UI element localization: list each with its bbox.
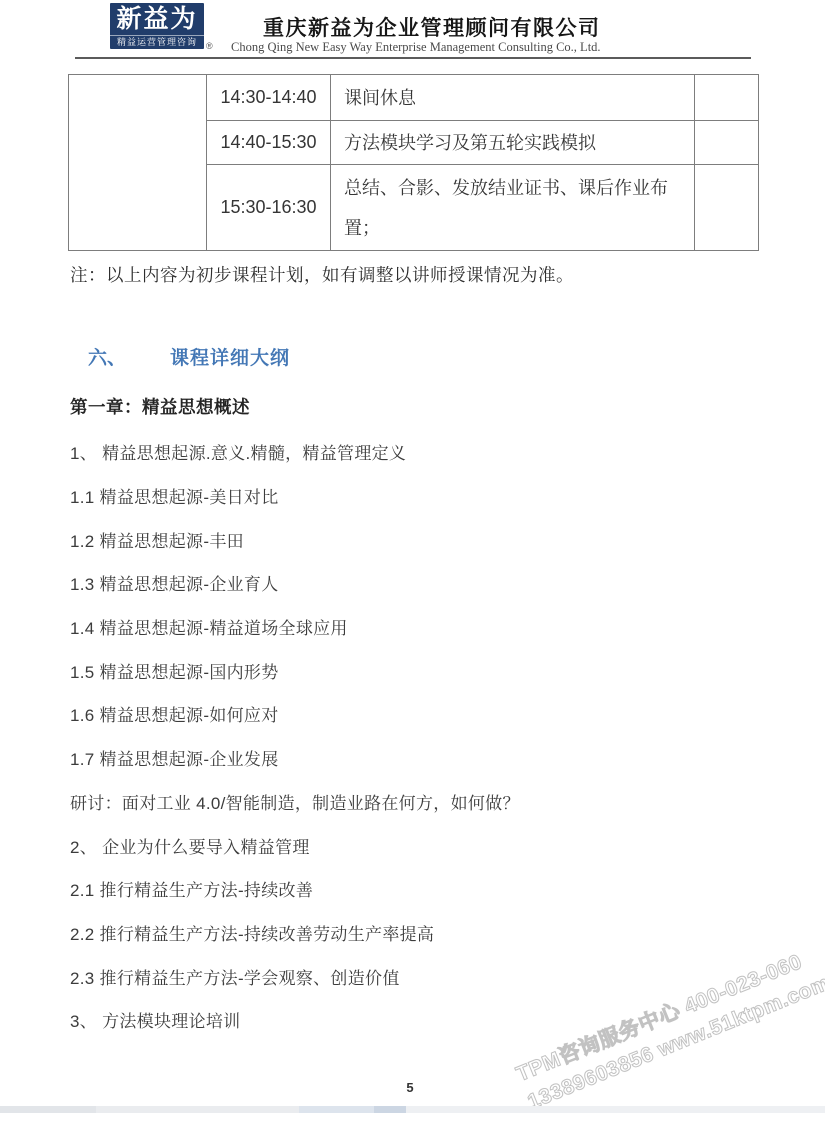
- horizontal-scrollbar-track[interactable]: [0, 1106, 825, 1113]
- schedule-content-cell: 总结、合影、发放结业证书、课后作业布置；: [331, 165, 695, 251]
- schedule-extra-cell-empty: [695, 121, 759, 165]
- registered-trademark-mark: ®: [206, 41, 213, 51]
- outline-item: 2.1 推行精益生产方法-持续改善: [70, 867, 730, 911]
- scrollbar-segment: [406, 1106, 825, 1113]
- schedule-time-cell: 15:30-16:30: [207, 165, 331, 251]
- schedule-note: 注：以上内容为初步课程计划，如有调整以讲师授课情况为准。: [70, 262, 574, 287]
- outline-item: 1.3 精益思想起源-企业育人: [70, 561, 730, 605]
- outline-item: 2、 企业为什么要导入精益管理: [70, 823, 730, 867]
- outline-item: 2.2 推行精益生产方法-持续改善劳动生产率提高: [70, 911, 730, 955]
- schedule-time-cell: 14:40-15:30: [207, 121, 331, 165]
- logo-sub-text: 精益运营管理咨询: [110, 35, 204, 49]
- outline-item: 2.3 推行精益生产方法-学会观察、创造价值: [70, 954, 730, 998]
- schedule-extra-cell-empty: [695, 75, 759, 121]
- section-title: 课程详细大纲: [170, 343, 290, 370]
- course-schedule-table: 14:30-14:40 课间休息 14:40-15:30 方法模块学习及第五轮实…: [68, 74, 759, 251]
- outline-item: 1.4 精益思想起源-精益道场全球应用: [70, 605, 730, 649]
- page-number: 5: [0, 1080, 820, 1095]
- logo-main-text: 新益为: [116, 3, 197, 35]
- schedule-content-cell: 方法模块学习及第五轮实践模拟: [331, 121, 695, 165]
- document-page: { "header": { "logo": { "main": "新益为", "…: [0, 0, 825, 1131]
- schedule-time-cell: 14:30-14:40: [207, 75, 331, 121]
- chapter-title: 第一章：精益思想概述: [70, 394, 250, 419]
- header-divider: [75, 57, 751, 59]
- schedule-content-cell: 课间休息: [331, 75, 695, 121]
- company-logo: 新益为 精益运营管理咨询: [110, 3, 204, 49]
- company-name-chinese: 重庆新益为企业管理顾问有限公司: [263, 12, 601, 42]
- outline-item: 1.1 精益思想起源-美日对比: [70, 474, 730, 518]
- outline-item: 1.6 精益思想起源-如何应对: [70, 692, 730, 736]
- outline-item: 1、 精益思想起源.意义.精髓，精益管理定义: [70, 430, 730, 474]
- outline-item: 1.5 精益思想起源-国内形势: [70, 648, 730, 692]
- section-heading: 六、 课程详细大纲: [88, 343, 290, 370]
- section-number: 六、: [88, 343, 126, 370]
- scrollbar-segment: [0, 1106, 96, 1113]
- scrollbar-segment: [299, 1106, 374, 1113]
- outline-item: 1.2 精益思想起源-丰田: [70, 517, 730, 561]
- outline-item: 1.7 精益思想起源-企业发展: [70, 736, 730, 780]
- table-row: 14:30-14:40 课间休息: [69, 75, 759, 121]
- outline-item: 研讨：面对工业 4.0/智能制造，制造业路在何方，如何做？: [70, 780, 730, 824]
- schedule-day-cell-empty: [69, 75, 207, 251]
- horizontal-scrollbar-thumb[interactable]: [374, 1106, 406, 1113]
- outline-item: 3、 方法模块理论培训: [70, 998, 730, 1042]
- company-name-english: Chong Qing New Easy Way Enterprise Manag…: [231, 40, 601, 55]
- schedule-extra-cell-empty: [695, 165, 759, 251]
- course-outline-list: 1、 精益思想起源.意义.精髓，精益管理定义 1.1 精益思想起源-美日对比 1…: [70, 430, 730, 1042]
